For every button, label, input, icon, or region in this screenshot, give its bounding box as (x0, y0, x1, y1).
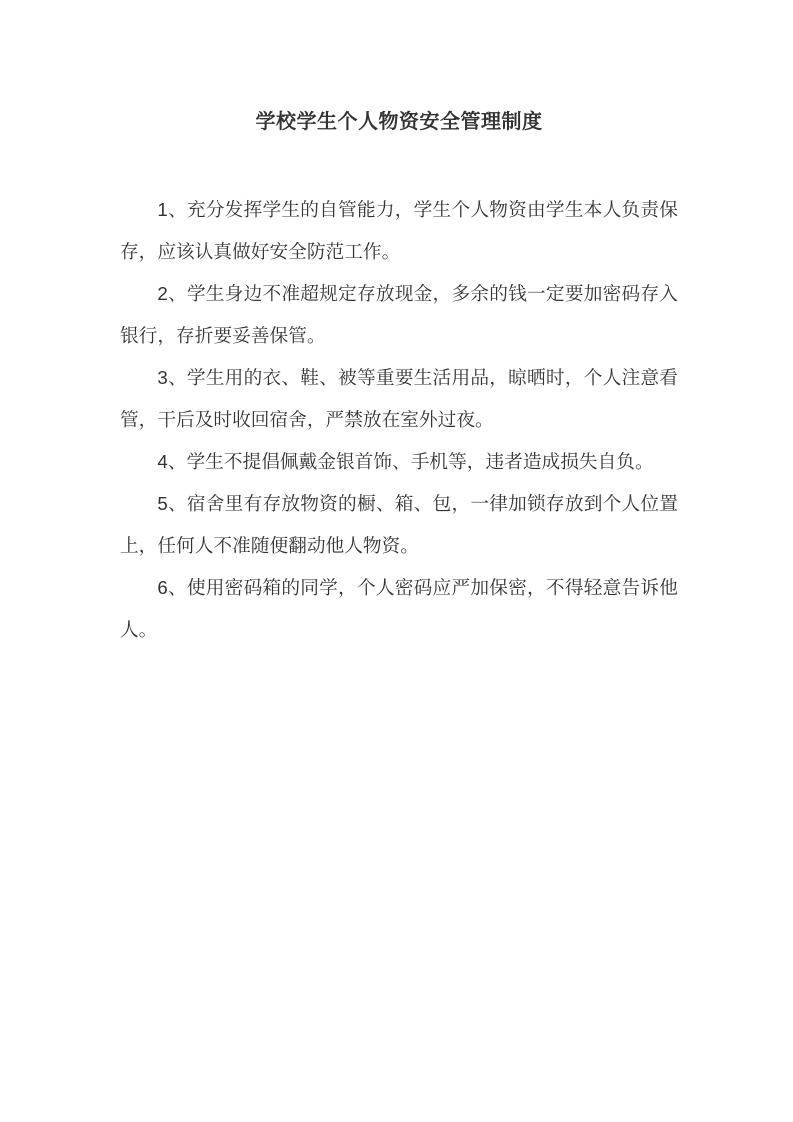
document-body: 1、充分发挥学生的自管能力，学生个人物资由学生本人负责保存，应该认真做好安全防范… (120, 189, 678, 651)
document-page: 学校学生个人物资安全管理制度 1、充分发挥学生的自管能力，学生个人物资由学生本人… (0, 0, 793, 1122)
rule-paragraph-3: 3、学生用的衣、鞋、被等重要生活用品，晾晒时，个人注意看管，干后及时收回宿舍，严… (120, 357, 678, 441)
rule-paragraph-1: 1、充分发挥学生的自管能力，学生个人物资由学生本人负责保存，应该认真做好安全防范… (120, 189, 678, 273)
rule-paragraph-2: 2、学生身边不准超规定存放现金，多余的钱一定要加密码存入银行，存折要妥善保管。 (120, 273, 678, 357)
rule-paragraph-6: 6、使用密码箱的同学，个人密码应严加保密，不得轻意告诉他人。 (120, 567, 678, 651)
rule-paragraph-5: 5、宿舍里有存放物资的橱、箱、包，一律加锁存放到个人位置上，任何人不准随便翻动他… (120, 483, 678, 567)
document-title: 学校学生个人物资安全管理制度 (120, 101, 678, 143)
rule-paragraph-4: 4、学生不提倡佩戴金银首饰、手机等，违者造成损失自负。 (120, 441, 678, 483)
